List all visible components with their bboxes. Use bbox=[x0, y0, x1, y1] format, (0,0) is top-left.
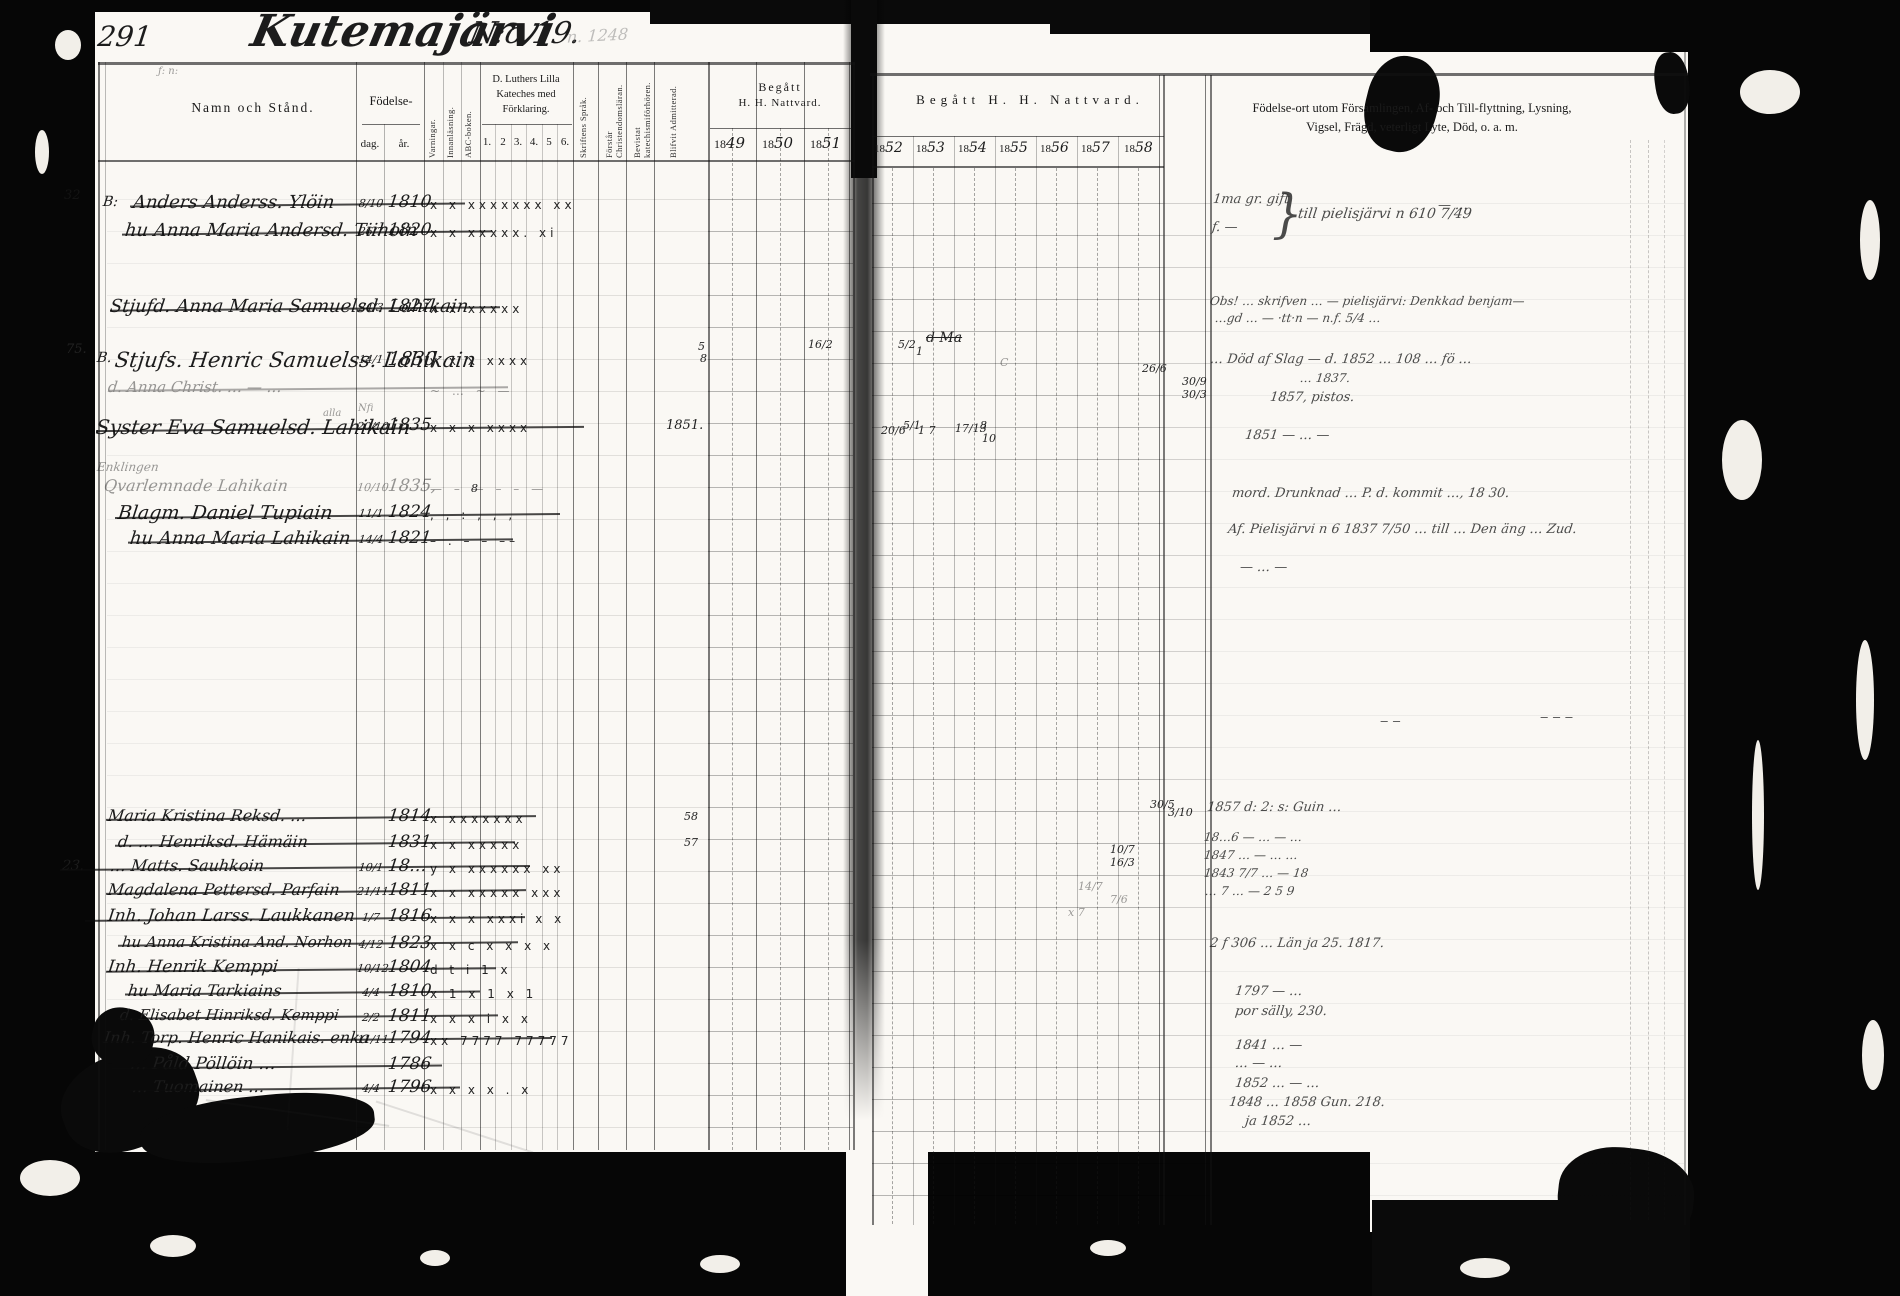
grid-mark: 57 bbox=[684, 836, 698, 849]
col-subheader-day: dag. bbox=[361, 138, 380, 150]
person-name: d. Anna Christ. … — … bbox=[107, 378, 283, 396]
grid-mark: 1 7 bbox=[918, 424, 936, 437]
grid-mark: 1 bbox=[916, 345, 923, 358]
grid-mark: d Ma bbox=[926, 330, 962, 346]
annotation: Af. Pielisjärvi n 6 1837 7/50 … till … D… bbox=[1227, 522, 1578, 537]
grid-mark: 8 bbox=[700, 352, 707, 365]
annotation: … 7 … — 2 5 9 bbox=[1204, 884, 1295, 898]
catechism-marks: x x x xxxi x x bbox=[430, 912, 565, 926]
year-printed: 18 bbox=[958, 143, 969, 155]
grid-mark: 30/9 bbox=[1182, 375, 1207, 388]
catechism-marks: x x x x . x bbox=[430, 1083, 532, 1097]
grid-mark: 7/6 bbox=[1110, 893, 1128, 906]
catechism-marks: x x xxxxx. xi bbox=[430, 226, 557, 240]
row-margin-mark: B: bbox=[102, 194, 119, 210]
annotation: …gd … — ·tt·n — n.f. 5/4 … bbox=[1214, 311, 1381, 325]
header-scribble: ƒ: n: bbox=[158, 66, 178, 77]
noise-speckle bbox=[35, 130, 49, 174]
ledger-row: … Tuomainen … 4/4 1796 x x x x . x bbox=[0, 1077, 1370, 1107]
noise-speckle bbox=[20, 1160, 80, 1196]
person-name: … Matts. Sauhkoin bbox=[109, 856, 265, 875]
grid-mark: 16/2 bbox=[808, 338, 833, 351]
birth-year: 1835 bbox=[387, 415, 433, 435]
col-header-name: Namn och Stånd. bbox=[191, 100, 314, 116]
row-margin-mark: B. bbox=[96, 350, 113, 366]
year-printed: 18 bbox=[999, 143, 1010, 155]
grid-mark: 10/7 bbox=[1110, 843, 1135, 856]
catechism-part-number: 1. bbox=[483, 136, 491, 148]
ledger-row: d. Anna Christ. … — … ~ … ~ — bbox=[0, 378, 1370, 408]
catechism-marks: y x x xxxx bbox=[430, 354, 531, 368]
noise-speckle bbox=[1722, 420, 1762, 500]
noise-speckle bbox=[1740, 70, 1800, 114]
annotation: f. — bbox=[1211, 220, 1238, 235]
annotation: — … bbox=[1437, 198, 1469, 213]
col-header-notes: Födelse-ort utom Församlingen, Af- och T… bbox=[1252, 101, 1571, 116]
year-hand: 52 bbox=[885, 140, 903, 156]
year-hand: 58 bbox=[1135, 140, 1153, 156]
grid-mark: 20/6 bbox=[881, 424, 906, 437]
annotation: por sälly, 230. bbox=[1234, 1004, 1328, 1019]
year-label: 1854 bbox=[958, 140, 987, 156]
table-line bbox=[870, 73, 1688, 76]
col-subheader-year: år. bbox=[399, 138, 410, 150]
grid-mark: 1851. bbox=[666, 418, 703, 433]
year-printed: 18 bbox=[1124, 143, 1135, 155]
col-header-admitted: Blifvit Admitterad. bbox=[668, 64, 678, 158]
ledger-row: Stjufd. Anna Maria Samuelsd. Lahikain 24… bbox=[0, 296, 1370, 326]
grid-mark: 10 bbox=[982, 432, 996, 445]
person-name: Anders Anderss. Ylöin bbox=[132, 192, 336, 213]
annotation: 1797 — … bbox=[1234, 984, 1303, 999]
col-header-catechism: Kateches med bbox=[496, 89, 555, 100]
person-name: hu Anna Maria Lahikain bbox=[129, 528, 352, 549]
person-name: Enklingen bbox=[96, 460, 159, 474]
ledger-row: hu Anna Maria Andersd. Tiihoin 26/7 1820… bbox=[0, 220, 1370, 250]
year-hand: 51 bbox=[822, 134, 841, 152]
scanned-ledger-page: 291 Kutemajärvi N:o 19. n. 1248 bbox=[0, 0, 1900, 1296]
year-label: 1856 bbox=[1040, 140, 1069, 156]
year-label: 1849 bbox=[714, 134, 745, 152]
ledger-row: B: Anders Anderss. Ylöin 8/10 1810 x x x… bbox=[0, 192, 1370, 222]
year-label: 1851 bbox=[810, 134, 841, 152]
table-line bbox=[872, 166, 1164, 168]
person-name: Inh. Torp. Henric Hanikais. enka bbox=[103, 1028, 371, 1047]
col-header-birth: Födelse- bbox=[369, 94, 412, 109]
col-header-communion-right: Begått H. H. Nattvard. bbox=[916, 92, 1144, 108]
noise-speckle bbox=[420, 1250, 450, 1266]
noise-speckle bbox=[700, 1255, 740, 1273]
person-name: Maria Kristina Reksd. … bbox=[107, 806, 308, 825]
birth-day: 10/10 bbox=[356, 481, 386, 494]
annotation: 1852 … — … bbox=[1234, 1076, 1320, 1091]
annotation: Obs! … skrifven … — pielisjärvi: Denkkad… bbox=[1209, 294, 1525, 308]
year-printed: 18 bbox=[916, 143, 927, 155]
birth-day: 11/1 bbox=[356, 507, 386, 520]
annotation: 2 f 306 … Län ja 25. 1817. bbox=[1209, 936, 1385, 951]
catechism-marks: – . – – –– bbox=[430, 534, 519, 548]
catechism-marks: y x xxxxxx xx bbox=[430, 862, 564, 876]
annotation: 1847 … — … … bbox=[1203, 848, 1299, 862]
birth-year: 1824 bbox=[387, 502, 433, 522]
noise-speckle bbox=[1460, 1258, 1510, 1278]
noise-speckle bbox=[1856, 640, 1874, 760]
grid-mark: 26/6 bbox=[1142, 362, 1167, 375]
person-name: d. Elisabet Hinriksd. Kemppi bbox=[119, 1006, 340, 1024]
margin-number: 75. bbox=[66, 342, 87, 357]
year-hand: 53 bbox=[927, 140, 945, 156]
person-name: Inh. Johan Larss. Laukkanen bbox=[107, 906, 356, 926]
col-header-abc-book: ABC-boken. bbox=[463, 64, 473, 158]
col-header-catechism: D. Luthers Lilla bbox=[492, 74, 559, 85]
noise-speckle bbox=[150, 1235, 196, 1257]
annotation: ‒ ‒ ‒ bbox=[1539, 710, 1574, 725]
catechism-part-number: 2 bbox=[500, 136, 506, 148]
grid-mark: x 7 bbox=[1068, 906, 1085, 919]
person-name: Magdalena Pettersd. Parfain bbox=[107, 880, 341, 899]
year-hand: 57 bbox=[1092, 140, 1110, 156]
grid-mark: C bbox=[1000, 356, 1008, 369]
person-name: hu Maria Tarkiains bbox=[127, 981, 283, 1000]
grid-mark: 14/7 bbox=[1078, 880, 1103, 893]
pencil-note: n. 1248 bbox=[566, 24, 628, 46]
annotation: mord. Drunknad … P. d. kommit …, 18 30. bbox=[1231, 486, 1510, 501]
year-hand: 50 bbox=[774, 134, 793, 152]
ledger-row: hu Anna Maria Lahikain 14/4 1821 – . – –… bbox=[0, 528, 1370, 558]
noise-speckle bbox=[55, 30, 81, 60]
person-name: … Tuomainen … bbox=[131, 1077, 266, 1096]
scan-border-strip bbox=[1050, 0, 1370, 34]
annotation: 1848 … 1858 Gun. 218. bbox=[1228, 1095, 1386, 1110]
year-printed: 18 bbox=[1040, 143, 1051, 155]
year-printed: 18 bbox=[714, 137, 726, 151]
annotation: ‒ ‒ bbox=[1379, 714, 1402, 729]
year-hand: 56 bbox=[1051, 140, 1069, 156]
col-header-reading: Innanläsning. bbox=[445, 64, 455, 158]
table-line bbox=[872, 136, 1164, 137]
table-line bbox=[98, 62, 855, 65]
annotation: … — … bbox=[1234, 1056, 1283, 1071]
catechism-part-number: 3. bbox=[514, 136, 522, 148]
birth-day: 14/1 bbox=[356, 353, 386, 366]
table-line bbox=[362, 124, 420, 125]
noise-speckle bbox=[1860, 200, 1880, 280]
catechism-marks: x x xxxxx bbox=[430, 302, 523, 316]
catechism-part-number: 5 bbox=[546, 136, 552, 148]
table-line bbox=[98, 160, 855, 162]
catechism-marks: x 1 x 1 x 1 bbox=[430, 987, 537, 1001]
birth-day: 20/10 bbox=[356, 420, 386, 433]
annotation: 1857 d: 2: s: Guin … bbox=[1206, 800, 1342, 815]
catechism-marks: x x xxxxx bbox=[430, 838, 523, 852]
catechism-marks: x x xxxxx xxx bbox=[430, 886, 564, 900]
annotation: 18…6 — … — … bbox=[1203, 830, 1303, 844]
col-header-notes: Vigsel, Frägd, veterligt Lyte, Död, o. a… bbox=[1306, 120, 1518, 135]
year-label: 1857 bbox=[1081, 140, 1110, 156]
grid-mark: 8 bbox=[471, 482, 478, 495]
birth-year: 1821 bbox=[387, 528, 433, 548]
catechism-marks: — – — – – — bbox=[430, 482, 547, 496]
year-label: 1852 bbox=[874, 140, 903, 156]
noise-speckle bbox=[1090, 1240, 1126, 1256]
catechism-part-number: 6. bbox=[561, 136, 569, 148]
col-header-communion: Begått bbox=[758, 80, 801, 95]
annotation: 1843 7/7 … — 18 bbox=[1203, 866, 1309, 880]
person-name: Blagm. Daniel Tupiain bbox=[117, 502, 334, 524]
annotation: … Död af Slag — d. 1852 … 108 … fö … bbox=[1209, 352, 1473, 367]
catechism-marks: x x xxxxxxx xx bbox=[430, 198, 576, 212]
annotation: 1851 — … — bbox=[1244, 428, 1330, 443]
margin-number: 32 bbox=[64, 188, 81, 203]
year-hand: 49 bbox=[726, 134, 745, 152]
ledger-row: Inh. Johan Larss. Laukkanen 1/7 1816 x x… bbox=[0, 906, 1370, 936]
col-header-warnings: Varningar. bbox=[427, 64, 437, 158]
year-hand: 55 bbox=[1010, 140, 1028, 156]
col-header-understands-christianity: Förstår Christendomsläran. bbox=[604, 64, 624, 158]
annotation: 1841 … — bbox=[1234, 1038, 1303, 1053]
year-printed: 18 bbox=[874, 143, 885, 155]
grid-mark: 5/2 bbox=[898, 338, 916, 351]
annotation: ja 1852 … bbox=[1244, 1114, 1312, 1129]
year-hand: 54 bbox=[969, 140, 987, 156]
year-label: 1855 bbox=[999, 140, 1028, 156]
col-header-attended-examinations: Bevistat katechismiförhören. bbox=[632, 64, 652, 158]
person-name: Inh. Henrik Kemppi bbox=[107, 957, 280, 977]
grid-mark: 16/3 bbox=[1110, 856, 1135, 869]
person-name: … Påld Pöllöin … bbox=[129, 1054, 277, 1074]
grid-mark: 30/3 bbox=[1182, 388, 1207, 401]
year-printed: 18 bbox=[1081, 143, 1092, 155]
col-header-catechism: Förklaring. bbox=[503, 104, 550, 115]
year-label: 1858 bbox=[1124, 140, 1153, 156]
col-header-communion: H. H. Nattvard. bbox=[738, 97, 821, 109]
row-margin-mark: 23. bbox=[61, 858, 85, 874]
person-name: d. … Henriksd. Hämäin bbox=[117, 832, 309, 851]
year-label: 1853 bbox=[916, 140, 945, 156]
person-name: Qvarlemnade Lahikain bbox=[103, 476, 289, 495]
noise-speckle bbox=[1862, 1020, 1884, 1090]
grid-mark: 58 bbox=[684, 810, 698, 823]
grid-mark: alla bbox=[323, 408, 341, 419]
year-printed: 18 bbox=[810, 137, 822, 151]
catechism-marks: x xxxxxxx bbox=[430, 812, 527, 826]
catechism-part-number: 4. bbox=[530, 136, 538, 148]
annotation: 1857, pistos. bbox=[1269, 390, 1355, 405]
grid-mark: 8 bbox=[980, 419, 987, 432]
year-printed: 18 bbox=[762, 137, 774, 151]
noise-speckle bbox=[1752, 740, 1764, 890]
col-header-scripture-language: Skriftens Språk. bbox=[578, 64, 588, 158]
grid-mark: 3/10 bbox=[1168, 806, 1193, 819]
page-number: 291 bbox=[96, 20, 154, 53]
year-label: 1850 bbox=[762, 134, 793, 152]
annotation: — … — bbox=[1239, 560, 1288, 575]
catechism-marks: d t i 1 x bbox=[430, 963, 512, 977]
annotation: … 1837. bbox=[1299, 371, 1351, 385]
grid-mark: Nfi bbox=[358, 403, 373, 414]
table-line bbox=[1684, 52, 1686, 1225]
